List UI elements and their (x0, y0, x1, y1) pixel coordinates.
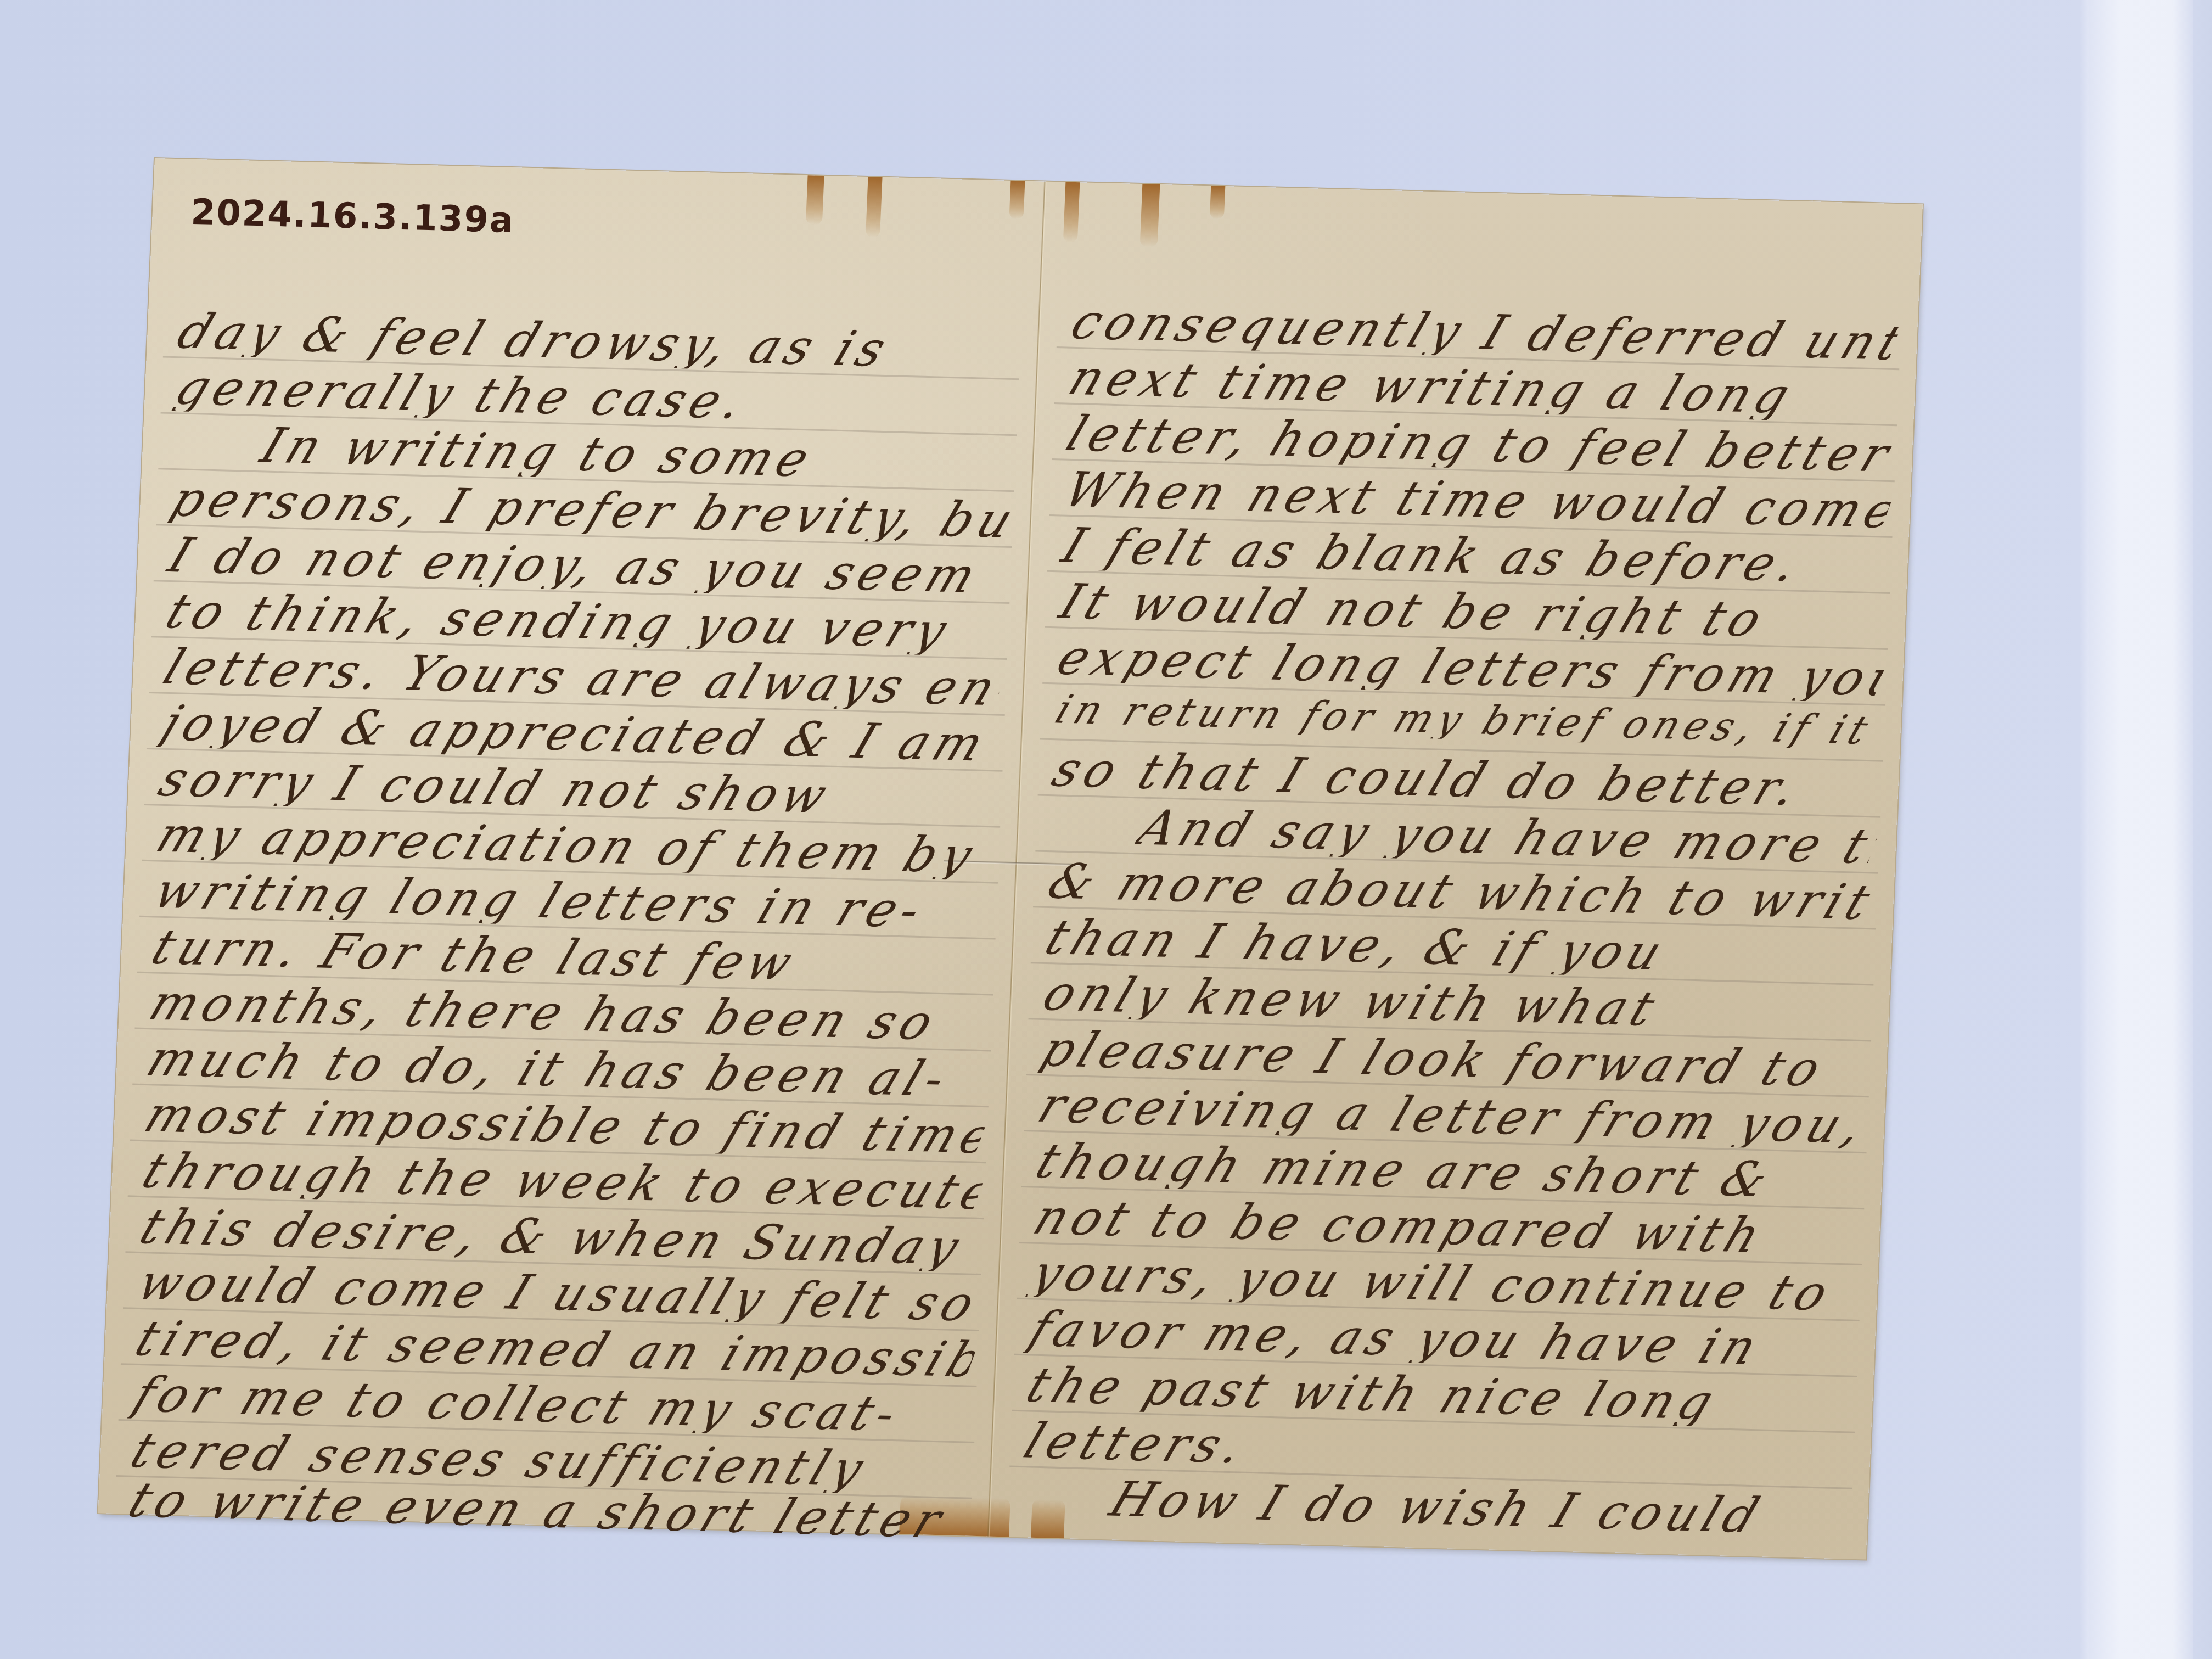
left-page: day & feel drowsy, as is generally the c… (98, 158, 1044, 1537)
right-page: consequently I deferred until next time … (990, 182, 1923, 1560)
mount-board-strip (2089, 0, 2193, 1659)
letter-sheet: 2024.16.3.139a day & feel drowsy, as is … (98, 158, 1923, 1559)
